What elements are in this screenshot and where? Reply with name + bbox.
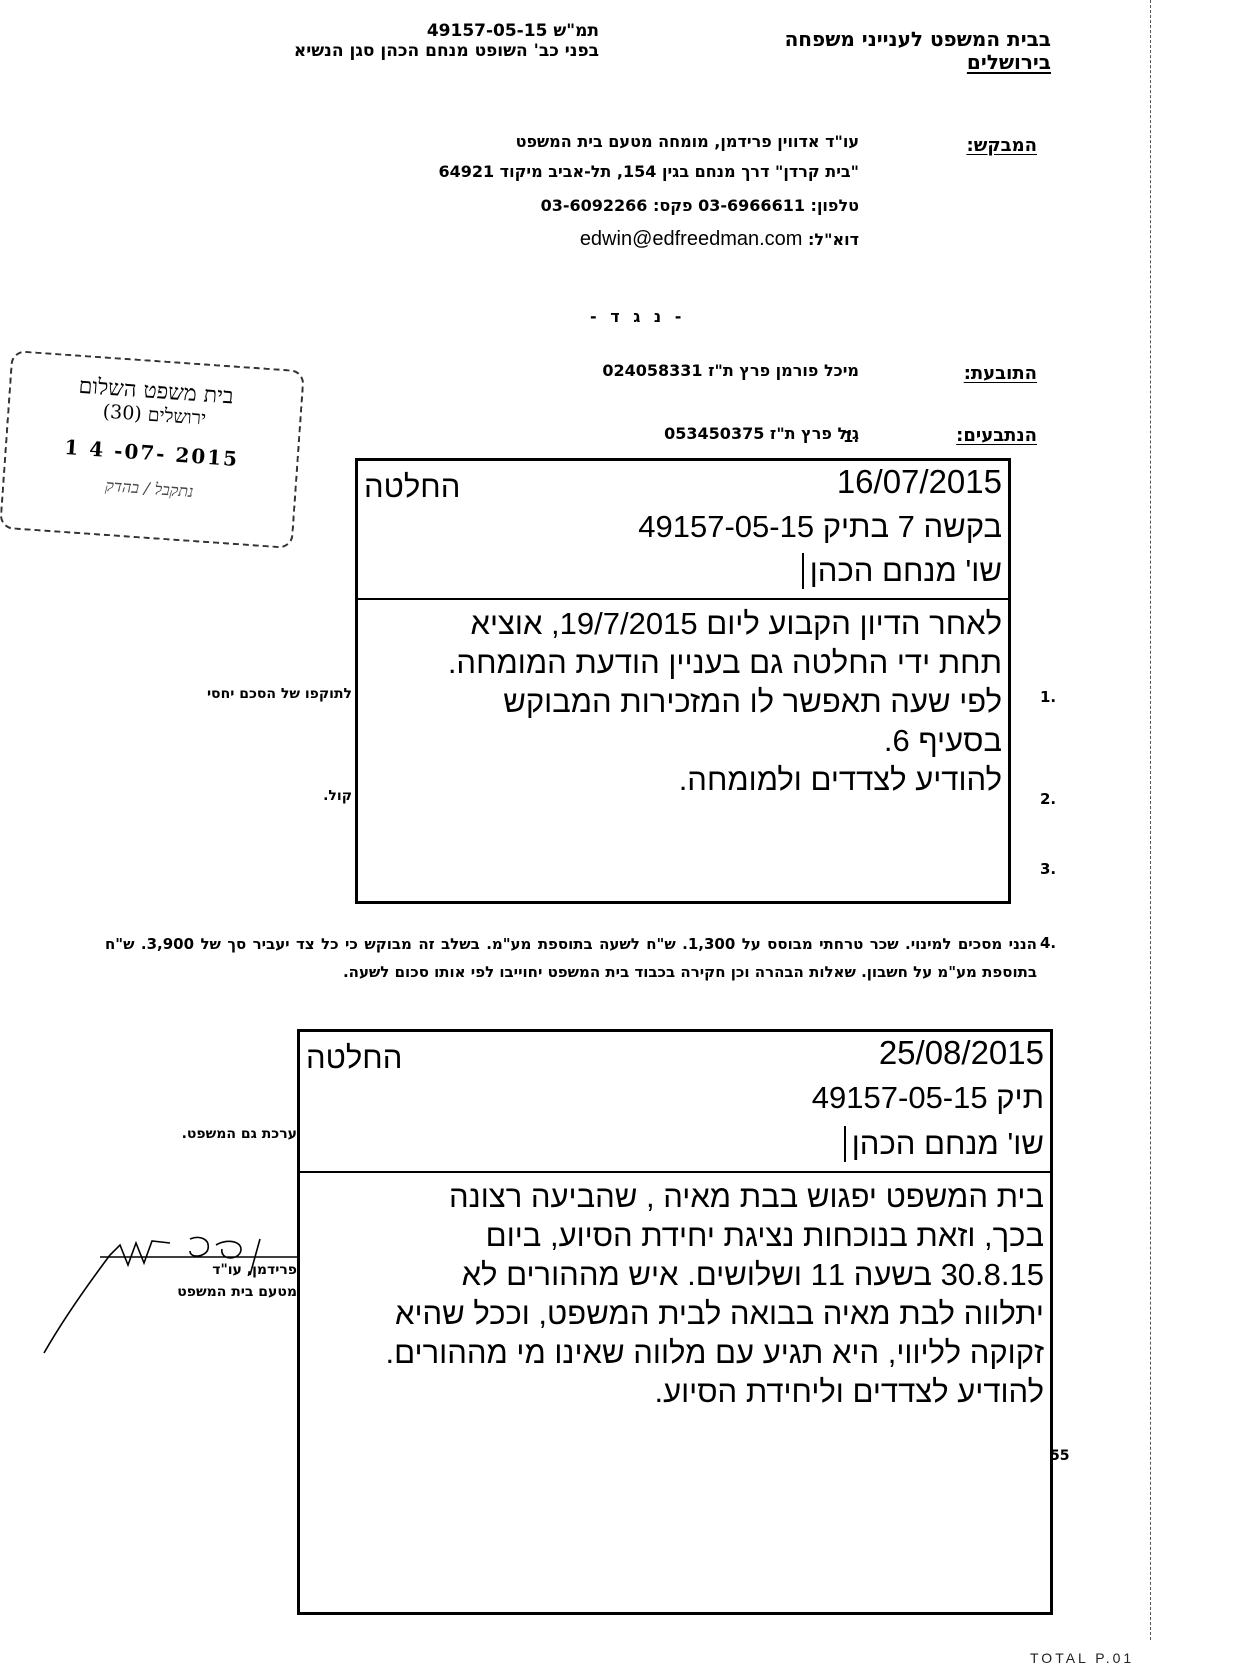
- judge-line: בפני כב' השופט מנחם הכהן סגן הנשיא: [294, 40, 599, 62]
- item-5-text-fragment: ערכת גם המשפט.: [182, 1126, 297, 1142]
- decision-box-2: 25/08/2015 החלטה תיק 49157-05-15 שו' מנח…: [297, 1029, 1053, 1615]
- court-name: בבית המשפט לענייני משפחה: [785, 27, 1051, 51]
- applicant-line-3: טלפון: 03-6966611 פקס: 03-6092266: [541, 192, 859, 220]
- decision-1-line: לאחר הדיון הקבוע ליום 19/7/2015, אוציא: [364, 604, 1002, 643]
- decision-box-1: 16/07/2015 החלטה בקשה 7 בתיק 49157-05-15…: [355, 458, 1011, 904]
- decision-2-line: זקוקה לליווי, היא תגיע עם מלווה שאינו מי…: [306, 1333, 1044, 1372]
- item-4-text: הנני מסכים למינוי. שכר טרחתי מבוסס על 1,…: [105, 930, 1037, 986]
- decision-2-line: בית המשפט יפגוש בבת מאיה , שהביעה רצונה: [306, 1177, 1044, 1216]
- decision-1-line: בסעיף 6.: [364, 721, 1002, 760]
- decision-1-line: לפי שעה תאפשר לו המזכירות המבוקש: [364, 682, 1002, 721]
- decision-1-header: 16/07/2015 החלטה בקשה 7 בתיק 49157-05-15…: [358, 461, 1008, 600]
- email-label: דוא"ל:: [808, 230, 859, 249]
- stamp-date: 1 4 -07- 2015: [6, 431, 297, 475]
- applicant-email-row: דוא"ל: edwin@edfreedman.com: [580, 225, 859, 254]
- plaintiff-label: התובעת:: [964, 363, 1037, 384]
- decision-1-request: בקשה 7 בתיק 49157-05-15: [638, 509, 1002, 545]
- item-3-number: 3.: [1040, 860, 1056, 878]
- decision-1-title: החלטה: [364, 469, 460, 505]
- applicant-line-2: "בית קרדן" דרך מנחם בגין 154, תל-אביב מי…: [438, 158, 859, 186]
- decision-2-line: בכך, וזאת בנוכחות נציגת יחידת הסיוע, ביו…: [306, 1216, 1044, 1255]
- decision-2-line: יתלווה לבת מאיה בבואה לבית המשפט, וככל ש…: [306, 1294, 1044, 1333]
- email-address: edwin@edfreedman.com: [580, 228, 803, 250]
- page-number: 55: [1050, 1448, 1069, 1464]
- court-city: בירושלים: [967, 50, 1051, 74]
- decision-1-line: תחת ידי החלטה גם בעניין הודעת המומחה.: [364, 643, 1002, 682]
- decision-2-line: 30.8.15 בשעה 11 ושלושים. איש מההורים לא: [306, 1255, 1044, 1294]
- decision-2-body: בית המשפט יפגוש בבת מאיה , שהביעה רצונה …: [300, 1173, 1050, 1411]
- item-1-text-fragment: לתוקפו של הסכם יחסי: [207, 686, 352, 702]
- stamp-received: נתקבל / בהדק: [4, 469, 295, 509]
- decision-1-line: להודיע לצדדים ולמומחה.: [364, 760, 1002, 799]
- decision-2-line: להודיע לצדדים וליחידת הסיוע.: [306, 1372, 1044, 1411]
- decision-1-date: 16/07/2015: [837, 463, 1002, 501]
- page-edge-rule: [1150, 0, 1151, 1640]
- item-4-number: 4.: [1040, 934, 1056, 952]
- case-number: תמ"ש 49157-05-15: [427, 20, 599, 42]
- item-1-number: 1.: [1040, 688, 1056, 706]
- plaintiff-name: מיכל פורמן פרץ ת"ז 024058331: [602, 357, 859, 385]
- signature-name: פרידמן, עו"ד: [212, 1262, 297, 1278]
- decision-2-date: 25/08/2015: [879, 1034, 1044, 1072]
- court-received-stamp: בית משפט השלום ירושלים (30) 1 4 -07- 201…: [0, 350, 305, 549]
- defendant-name: גיל פרץ ת"ז 053450375: [664, 420, 859, 448]
- item-2-text-fragment: קול.: [323, 788, 352, 804]
- item-2-number: 2.: [1040, 790, 1056, 808]
- applicant-label: המבקש:: [967, 135, 1037, 156]
- versus-label: - נ ג ד -: [590, 307, 685, 326]
- signature-title: מטעם בית המשפט: [177, 1284, 297, 1300]
- decision-2-title: החלטה: [306, 1040, 402, 1076]
- decision-1-body: לאחר הדיון הקבוע ליום 19/7/2015, אוציא ת…: [358, 600, 1008, 799]
- decision-2-case: תיק 49157-05-15: [812, 1080, 1044, 1116]
- defendants-label: הנתבעים:: [956, 425, 1037, 446]
- decision-2-judge: שו' מנחם הכהן: [844, 1126, 1044, 1162]
- decision-1-judge: שו' מנחם הכהן: [802, 553, 1002, 589]
- decision-2-header: 25/08/2015 החלטה תיק 49157-05-15 שו' מנח…: [300, 1032, 1050, 1173]
- fax-total-pages: TOTAL P.01: [1030, 1650, 1134, 1666]
- applicant-line-1: עו"ד אדווין פרידמן, מומחה מטעם בית המשפט: [516, 128, 859, 156]
